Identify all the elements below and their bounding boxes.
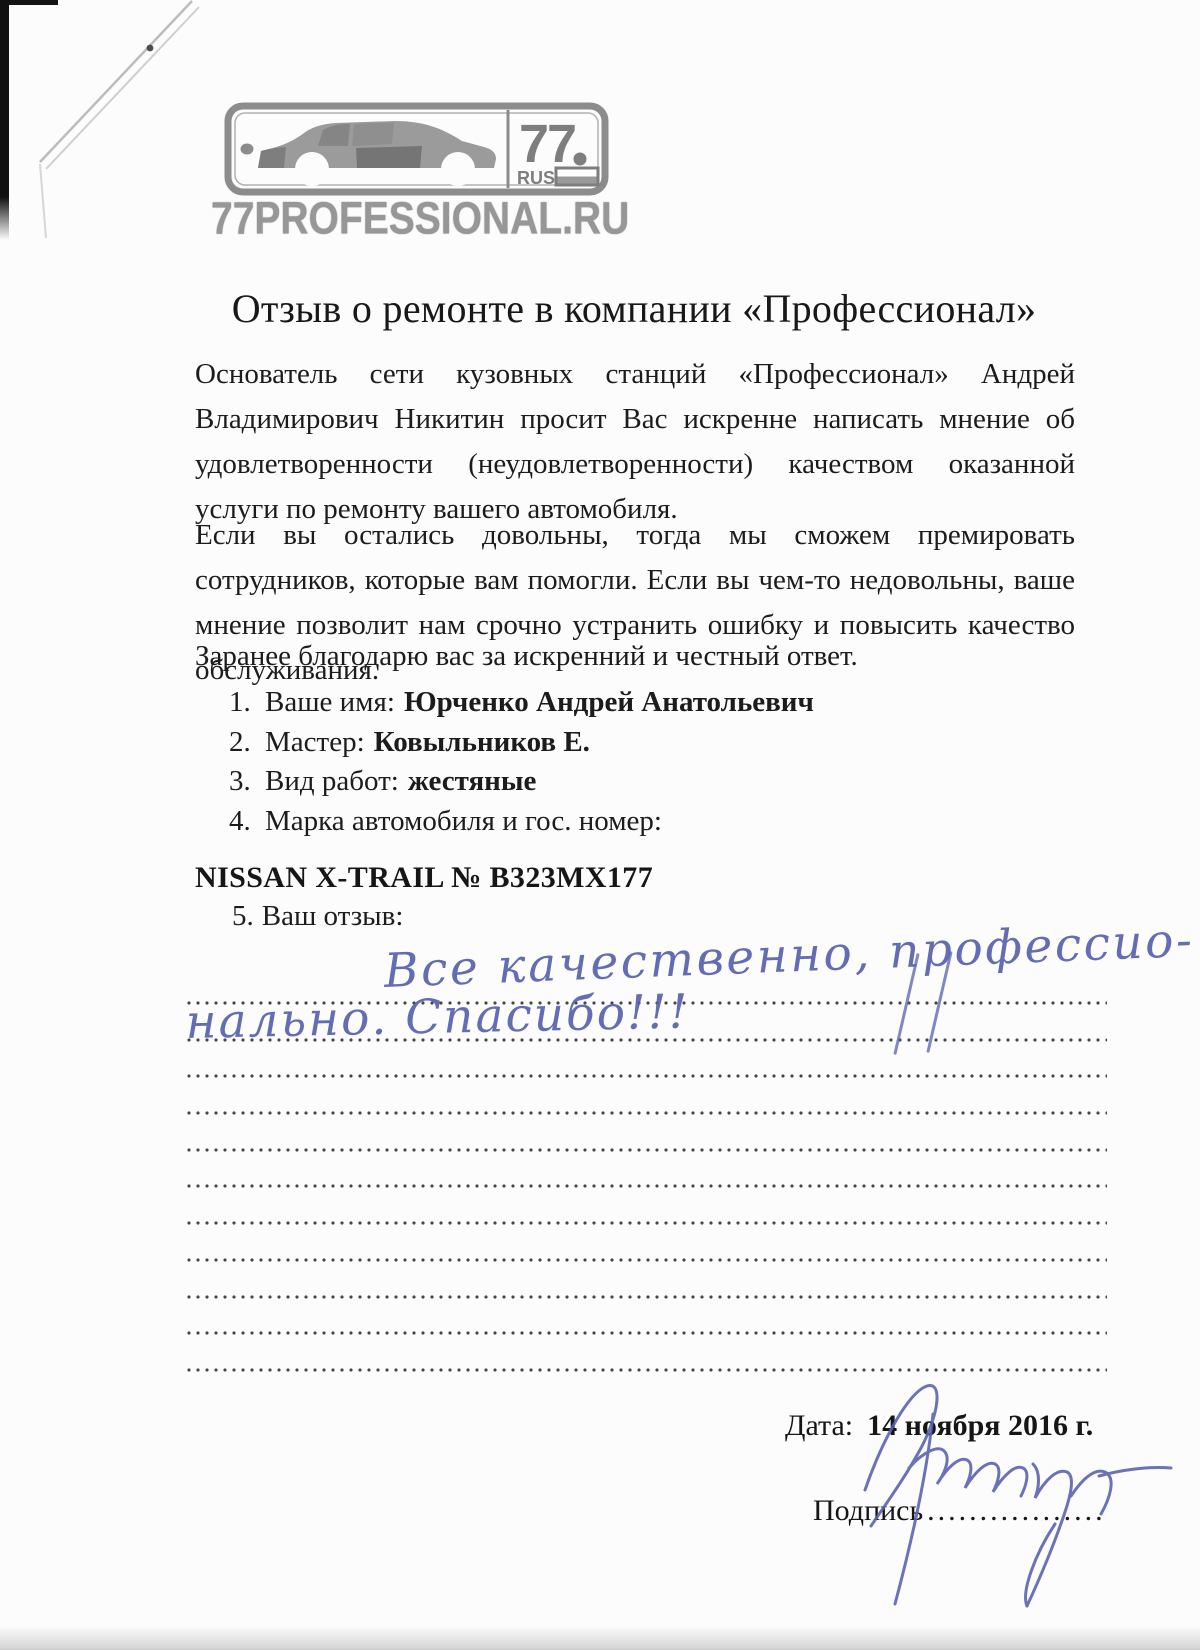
field-number: 1.: [229, 683, 265, 723]
review-dotted-lines: [187, 1001, 1107, 1372]
document-title: Отзыв о ремонте в компании «Профессионал…: [195, 285, 1073, 332]
dotted-line: [187, 1074, 1107, 1078]
plate-flag-icon: [556, 168, 598, 185]
dotted-line: [187, 1331, 1107, 1335]
company-wordmark: 77PROFESSIONAL.RU: [211, 194, 621, 247]
field-car-plate: 4.Марка автомобиля и гос. номер:: [229, 802, 814, 842]
field-label: Мастер:: [265, 726, 365, 758]
field-number: 5.: [232, 900, 254, 932]
field-label: Марка автомобиля и гос. номер:: [265, 805, 662, 837]
intro-paragraph: Основатель сети кузовных станций «Профес…: [195, 352, 1075, 532]
dotted-line: [187, 1295, 1107, 1299]
date-label: Дата:: [785, 1409, 853, 1442]
dotted-line: [187, 1148, 1107, 1152]
plate-bolt-left: [241, 144, 254, 155]
review-field-label: 5.Ваш отзыв:: [232, 900, 403, 933]
thanks-paragraph: Заранее благодарю вас за искренний и чес…: [195, 634, 1075, 679]
plate-bolt-right: [574, 153, 587, 166]
scanned-feedback-form: 77 RUS 77PROFESSIONAL.RU Отзыв о ремонте…: [0, 0, 1200, 1650]
car-silhouette-icon: [258, 121, 496, 186]
field-master: 2.Мастер:Ковыльников Е.: [229, 723, 814, 763]
form-fields-list: 1.Ваше имя:Юрченко Андрей Анатольевич 2.…: [229, 683, 814, 841]
plate-region-code: RUS: [517, 168, 555, 188]
field-value: Юрченко Андрей Анатольевич: [404, 686, 814, 718]
dotted-line: [187, 1111, 1107, 1115]
field-work-type: 3.Вид работ:жестяные: [229, 762, 814, 802]
field-number: 2.: [229, 723, 265, 763]
handwritten-review-line1: Все качественно, профессио-: [383, 913, 1195, 999]
field-value: жестяные: [408, 765, 537, 797]
field-label: Ваш отзыв:: [262, 900, 404, 932]
scanner-edge-bottom: [0, 1626, 1200, 1650]
car-model-line: NISSAN X-TRAIL № В323МХ177: [195, 861, 653, 895]
dotted-line: [187, 1221, 1107, 1225]
plate-region-number: 77: [519, 114, 575, 174]
handwritten-signature: [845, 1372, 1180, 1622]
field-value: Ковыльников Е.: [374, 726, 590, 758]
field-label: Ваше имя:: [265, 686, 395, 718]
dotted-line: [187, 1258, 1107, 1262]
company-logo-plate: 77 RUS: [224, 102, 609, 196]
field-number: 3.: [229, 762, 265, 802]
dotted-line: [187, 1184, 1107, 1188]
field-number: 4.: [229, 802, 265, 842]
field-label: Вид работ:: [265, 765, 399, 797]
field-name: 1.Ваше имя:Юрченко Андрей Анатольевич: [229, 683, 814, 723]
handwritten-review-line2: нально. Спасибо!!!: [185, 984, 690, 1050]
